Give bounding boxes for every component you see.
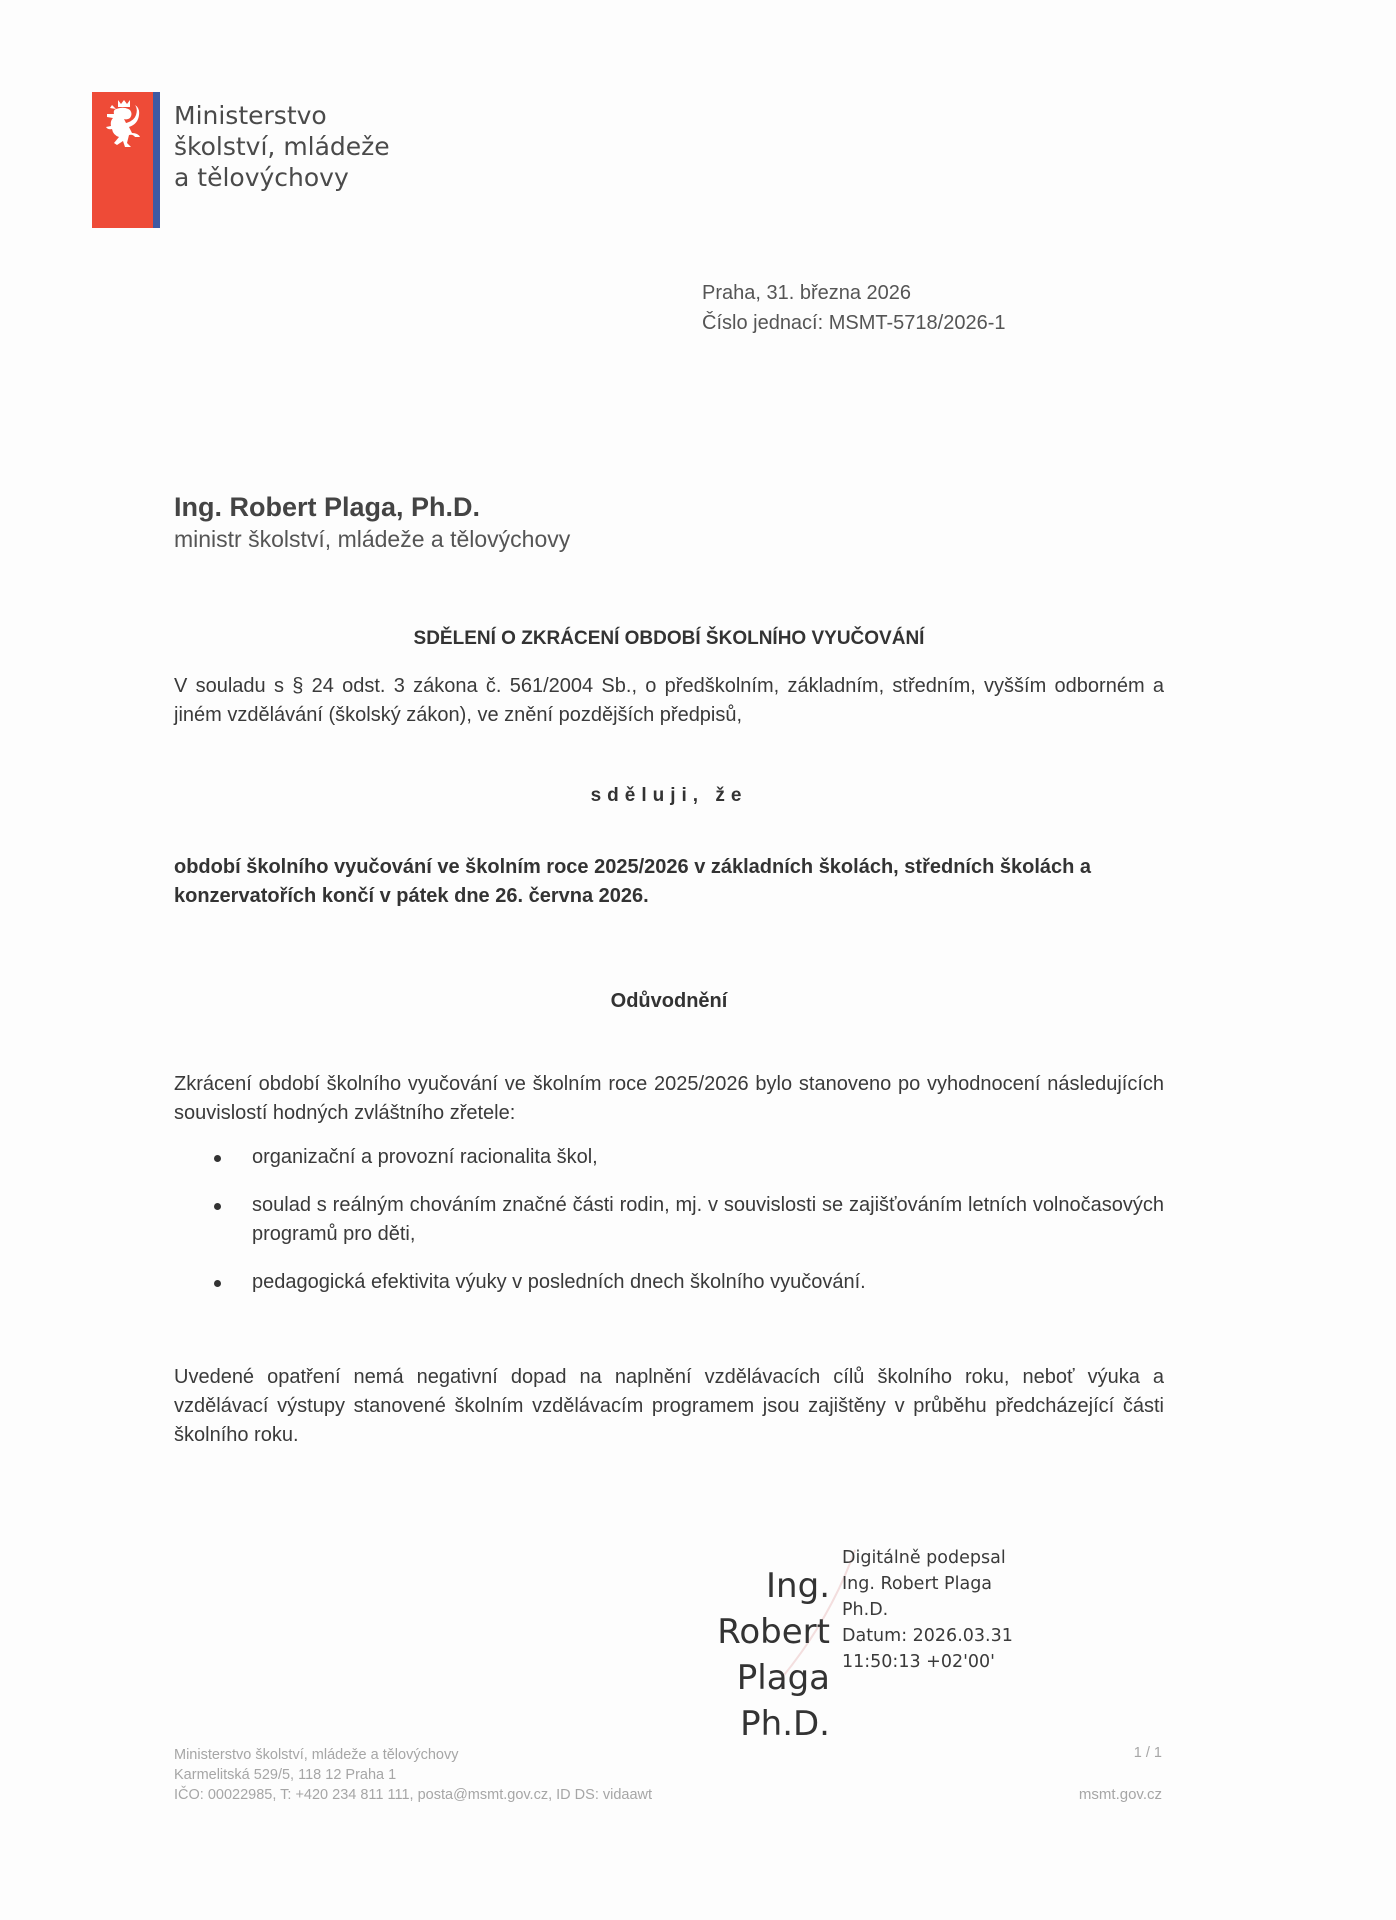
ministry-name: Ministerstvo školství, mládeže a tělovýc… bbox=[174, 100, 390, 193]
list-item: organizační a provozní racionalita škol, bbox=[174, 1143, 1164, 1172]
bullet-icon bbox=[214, 1203, 221, 1210]
ministry-line: Ministerstvo bbox=[174, 100, 390, 131]
page-number: 1 / 1 bbox=[1132, 1745, 1162, 1761]
footer-line: Ministerstvo školství, mládeže a tělovýc… bbox=[174, 1745, 652, 1765]
list-item: pedagogická efektivita výuky v posledníc… bbox=[174, 1268, 1164, 1297]
website-link[interactable]: msmt.gov.cz bbox=[1060, 1786, 1162, 1803]
reasons-list: organizační a provozní racionalita škol,… bbox=[174, 1143, 1164, 1316]
signature-name: Ing. Robert Plaga Ph.D. bbox=[646, 1563, 830, 1747]
logo-stripe bbox=[153, 92, 160, 228]
declaration: sděluji, že bbox=[174, 785, 1164, 807]
signature-name-line: Plaga Ph.D. bbox=[646, 1655, 830, 1747]
footer-line: IČO: 00022985, T: +420 234 811 111, post… bbox=[174, 1785, 652, 1805]
ministry-line: a tělovýchovy bbox=[174, 162, 390, 193]
place-date: Praha, 31. března 2026 bbox=[702, 278, 1006, 308]
reason-text: soulad s reálným chováním značné části r… bbox=[252, 1194, 1164, 1245]
signature-detail: 11:50:13 +02'00' bbox=[842, 1649, 1013, 1675]
decision-paragraph: období školního vyučování ve školním roc… bbox=[174, 853, 1164, 911]
signature-detail: Datum: 2026.03.31 bbox=[842, 1623, 1013, 1649]
reason-text: pedagogická efektivita výuky v posledníc… bbox=[252, 1271, 866, 1293]
document-title: SDĚLENÍ O ZKRÁCENÍ OBDOBÍ ŠKOLNÍHO VYUČO… bbox=[174, 628, 1164, 650]
signature-details: Digitálně podepsal Ing. Robert Plaga Ph.… bbox=[842, 1545, 1013, 1675]
reasoning-title: Odůvodnění bbox=[174, 990, 1164, 1013]
signature-detail: Digitálně podepsal bbox=[842, 1545, 1013, 1571]
conclusion-paragraph: Uvedené opatření nemá negativní dopad na… bbox=[174, 1363, 1164, 1450]
czech-lion-icon bbox=[98, 98, 146, 156]
signature-detail: Ph.D. bbox=[842, 1597, 1013, 1623]
signature-detail: Ing. Robert Plaga bbox=[842, 1571, 1013, 1597]
signature-name-line: Ing. Robert bbox=[646, 1563, 830, 1655]
reasoning-intro: Zkrácení období školního vyučování ve šk… bbox=[174, 1070, 1164, 1128]
bullet-icon bbox=[214, 1155, 221, 1162]
ministry-line: školství, mládeže bbox=[174, 131, 390, 162]
footer-address: Ministerstvo školství, mládeže a tělovýc… bbox=[174, 1745, 652, 1805]
intro-paragraph: V souladu s § 24 odst. 3 zákona č. 561/2… bbox=[174, 672, 1164, 730]
footer-line: Karmelitská 529/5, 118 12 Praha 1 bbox=[174, 1765, 652, 1785]
reason-text: organizační a provozní racionalita škol, bbox=[252, 1146, 598, 1168]
author-role: ministr školství, mládeže a tělovýchovy bbox=[174, 524, 570, 554]
author-block: Ing. Robert Plaga, Ph.D. ministr školstv… bbox=[174, 490, 570, 554]
bullet-icon bbox=[214, 1280, 221, 1287]
reference-number: Číslo jednací: MSMT-5718/2026-1 bbox=[702, 308, 1006, 338]
list-item: soulad s reálným chováním značné části r… bbox=[174, 1191, 1164, 1249]
document-meta: Praha, 31. března 2026 Číslo jednací: MS… bbox=[702, 278, 1006, 338]
author-name: Ing. Robert Plaga, Ph.D. bbox=[174, 490, 570, 524]
